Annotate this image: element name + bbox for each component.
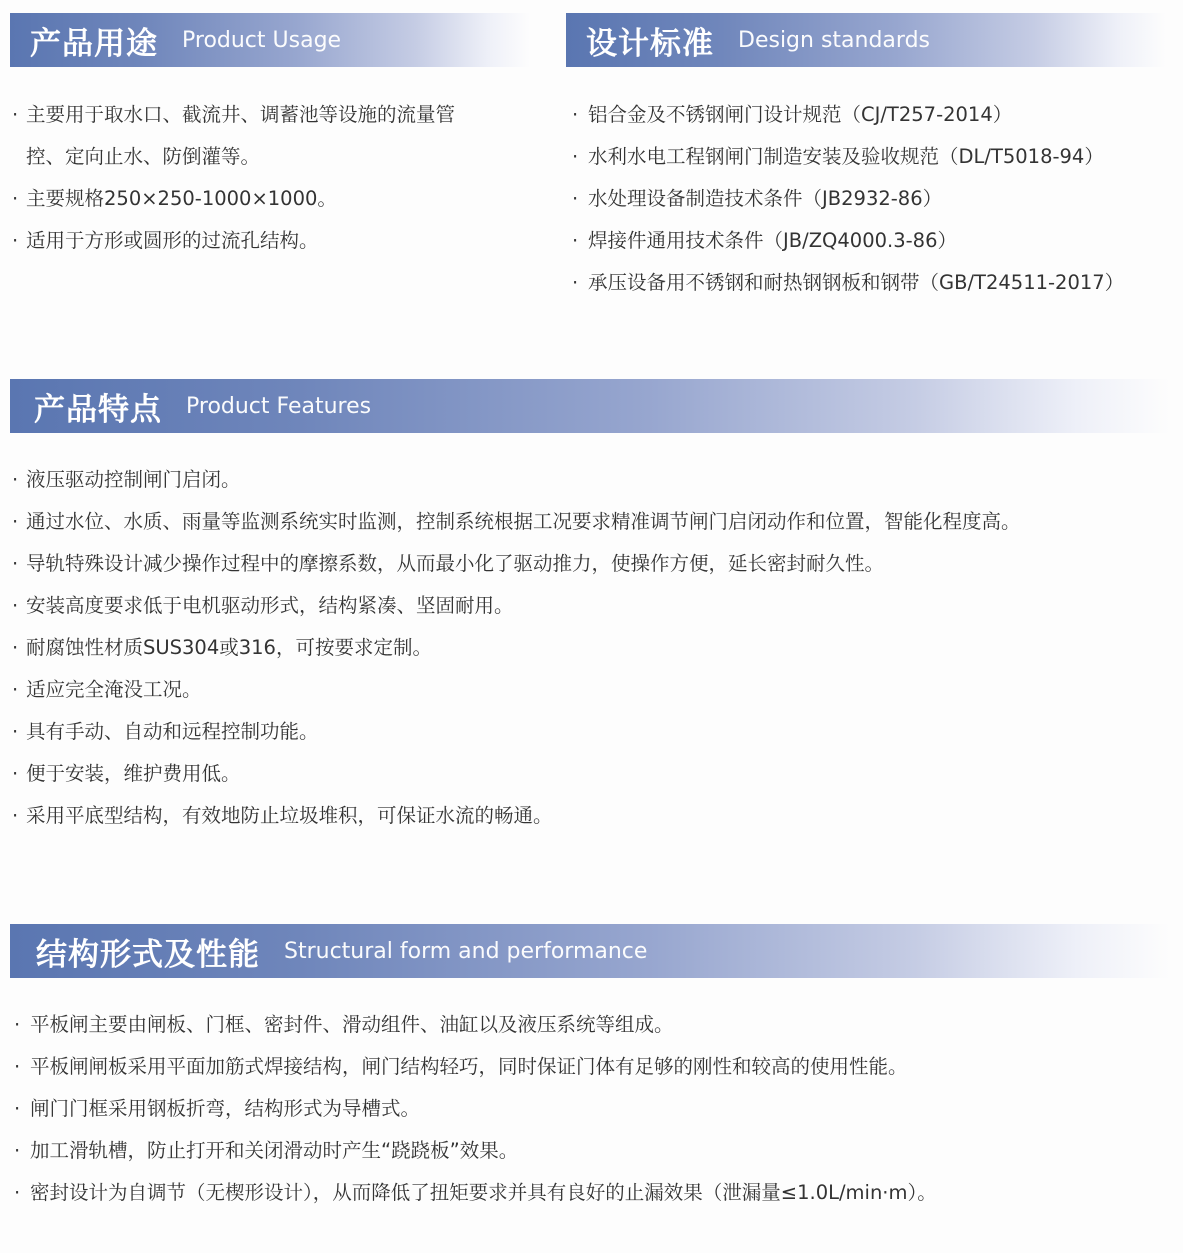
list-item-text: 液压驱动控制闸门启闭。 — [26, 459, 241, 501]
list-item: · 导轨特殊设计减少操作过程中的摩擦系数，从而最小化了驱动推力，使操作方便，延长… — [12, 543, 1021, 585]
list-item: · 加工滑轨槽，防止打开和关闭滑动时产生“跷跷板”效果。 — [14, 1130, 937, 1172]
bullet-dot: · — [14, 1004, 30, 1046]
list-item: · 铝合金及不锈钢闸门设计规范（CJ/T257-2014） — [572, 94, 1124, 136]
bullet-dot: · — [572, 94, 588, 136]
bullet-dot: · — [12, 795, 26, 837]
list-item: · 平板闸主要由闸板、门框、密封件、滑动组件、油缸以及液压系统等组成。 — [14, 1004, 937, 1046]
list-item: · 主要规格250×250-1000×1000。 — [12, 178, 455, 220]
bullet-dot: · — [12, 627, 26, 669]
list-item-text: 水利水电工程钢闸门制造安装及验收规范（DL/T5018-94） — [588, 136, 1104, 178]
list-item: · 液压驱动控制闸门启闭。 — [12, 459, 1021, 501]
list-item-text: 焊接件通用技术条件（JB/ZQ4000.3-86） — [588, 220, 957, 262]
bullet-dot: · — [14, 1088, 30, 1130]
list-item-text: 控、定向止水、防倒灌等。 — [12, 136, 260, 178]
bullet-dot: · — [12, 543, 26, 585]
list-item-text: 水处理设备制造技术条件（JB2932-86） — [588, 178, 942, 220]
list-item: · 密封设计为自调节（无楔形设计），从而降低了扭矩要求并具有良好的止漏效果（泄漏… — [14, 1172, 937, 1214]
design-standards-list: · 铝合金及不锈钢闸门设计规范（CJ/T257-2014） · 水利水电工程钢闸… — [572, 94, 1124, 304]
list-item: · 闸门门框采用钢板折弯，结构形式为导槽式。 — [14, 1088, 937, 1130]
product-features-header: 产品特点 Product Features — [10, 379, 1170, 433]
list-item-text: 平板闸闸板采用平面加筋式焊接结构，闸门结构轻巧，同时保证门体有足够的刚性和较高的… — [30, 1046, 908, 1088]
bullet-dot: · — [572, 136, 588, 178]
design-standards-title-en: Design standards — [738, 28, 930, 53]
bullet-dot: · — [12, 178, 26, 220]
list-item-text: 耐腐蚀性材质SUS304或316，可按要求定制。 — [26, 627, 432, 669]
structural-form-title-cn: 结构形式及性能 — [36, 929, 260, 974]
list-item: · 安装高度要求低于电机驱动形式，结构紧凑、坚固耐用。 — [12, 585, 1021, 627]
list-item: · 承压设备用不锈钢和耐热钢钢板和钢带（GB/T24511-2017） — [572, 262, 1124, 304]
product-features-title-cn: 产品特点 — [34, 384, 162, 429]
list-item: · 水处理设备制造技术条件（JB2932-86） — [572, 178, 1124, 220]
product-usage-title-cn: 产品用途 — [30, 18, 158, 63]
list-item-text: 适应完全淹没工况。 — [26, 669, 202, 711]
list-item-text: 采用平底型结构，有效地防止垃圾堆积，可保证水流的畅通。 — [26, 795, 553, 837]
list-item: · 采用平底型结构，有效地防止垃圾堆积，可保证水流的畅通。 — [12, 795, 1021, 837]
bullet-dot: · — [12, 220, 26, 262]
list-item-text: 安装高度要求低于电机驱动形式，结构紧凑、坚固耐用。 — [26, 585, 514, 627]
bullet-dot: · — [14, 1172, 30, 1214]
product-features-title-en: Product Features — [186, 394, 371, 419]
product-usage-list: · 主要用于取水口、截流井、调蓄池等设施的流量管 控、定向止水、防倒灌等。 · … — [12, 94, 455, 262]
list-item: · 适用于方形或圆形的过流孔结构。 — [12, 220, 455, 262]
structural-form-list: · 平板闸主要由闸板、门框、密封件、滑动组件、油缸以及液压系统等组成。 · 平板… — [14, 1004, 937, 1214]
structural-form-title-en: Structural form and performance — [284, 939, 647, 964]
bullet-dot: · — [12, 501, 26, 543]
list-item-text: 铝合金及不锈钢闸门设计规范（CJ/T257-2014） — [588, 94, 1012, 136]
list-item: · 便于安装，维护费用低。 — [12, 753, 1021, 795]
design-standards-title-cn: 设计标准 — [586, 18, 714, 63]
bullet-dot: · — [12, 753, 26, 795]
list-item: · 水利水电工程钢闸门制造安装及验收规范（DL/T5018-94） — [572, 136, 1124, 178]
list-item-text: 承压设备用不锈钢和耐热钢钢板和钢带（GB/T24511-2017） — [588, 262, 1124, 304]
list-item-text: 具有手动、自动和远程控制功能。 — [26, 711, 319, 753]
bullet-dot: · — [572, 178, 588, 220]
list-item: · 焊接件通用技术条件（JB/ZQ4000.3-86） — [572, 220, 1124, 262]
structural-form-header: 结构形式及性能 Structural form and performance — [10, 924, 1170, 978]
list-item-text: 通过水位、水质、雨量等监测系统实时监测，控制系统根据工况要求精准调节闸门启闭动作… — [26, 501, 1021, 543]
bullet-dot: · — [12, 94, 26, 136]
bullet-dot: · — [14, 1046, 30, 1088]
bullet-dot: · — [572, 262, 588, 304]
product-usage-title-en: Product Usage — [182, 28, 341, 53]
list-item: · 主要用于取水口、截流井、调蓄池等设施的流量管 — [12, 94, 455, 136]
list-item-text: 闸门门框采用钢板折弯，结构形式为导槽式。 — [30, 1088, 420, 1130]
bullet-dot: · — [12, 459, 26, 501]
list-item: · 具有手动、自动和远程控制功能。 — [12, 711, 1021, 753]
bullet-dot: · — [12, 585, 26, 627]
list-item: · 适应完全淹没工况。 — [12, 669, 1021, 711]
list-item-text: 导轨特殊设计减少操作过程中的摩擦系数，从而最小化了驱动推力，使操作方便，延长密封… — [26, 543, 884, 585]
list-item-text: 主要用于取水口、截流井、调蓄池等设施的流量管 — [26, 94, 455, 136]
product-usage-header: 产品用途 Product Usage — [10, 13, 530, 67]
design-standards-header: 设计标准 Design standards — [566, 13, 1166, 67]
list-item-text: 便于安装，维护费用低。 — [26, 753, 241, 795]
list-item-text: 平板闸主要由闸板、门框、密封件、滑动组件、油缸以及液压系统等组成。 — [30, 1004, 674, 1046]
list-item-text: 密封设计为自调节（无楔形设计），从而降低了扭矩要求并具有良好的止漏效果（泄漏量≤… — [30, 1172, 937, 1214]
bullet-dot: · — [12, 711, 26, 753]
list-item-continuation: 控、定向止水、防倒灌等。 — [12, 136, 455, 178]
list-item: · 耐腐蚀性材质SUS304或316，可按要求定制。 — [12, 627, 1021, 669]
bullet-dot: · — [572, 220, 588, 262]
list-item-text: 适用于方形或圆形的过流孔结构。 — [26, 220, 319, 262]
product-features-list: · 液压驱动控制闸门启闭。 · 通过水位、水质、雨量等监测系统实时监测，控制系统… — [12, 459, 1021, 837]
bullet-dot: · — [12, 669, 26, 711]
list-item-text: 主要规格250×250-1000×1000。 — [26, 178, 337, 220]
list-item: · 通过水位、水质、雨量等监测系统实时监测，控制系统根据工况要求精准调节闸门启闭… — [12, 501, 1021, 543]
bullet-dot: · — [14, 1130, 30, 1172]
list-item: · 平板闸闸板采用平面加筋式焊接结构，闸门结构轻巧，同时保证门体有足够的刚性和较… — [14, 1046, 937, 1088]
list-item-text: 加工滑轨槽，防止打开和关闭滑动时产生“跷跷板”效果。 — [30, 1130, 518, 1172]
